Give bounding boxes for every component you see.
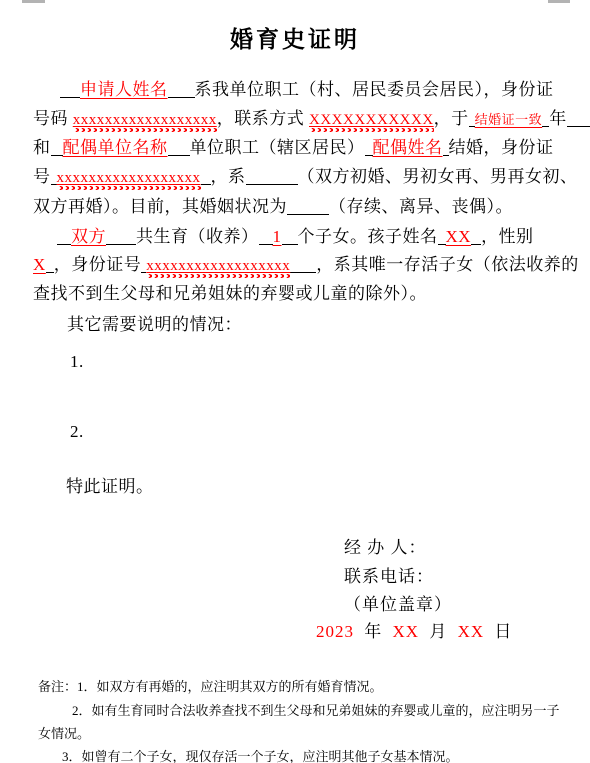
note-line: 女情况。 [38,724,90,744]
blank-underline-field [259,226,273,245]
placeholder-id-digits: XXXXXXXXXXX [309,112,434,128]
text-run: 年 [354,622,393,641]
body-line: 双方再婚）。目前，其婚姻状况为（存续、离异、丧偶）。 [33,196,513,217]
body-line: 申请人姓名系我单位职工（村、居民委员会居民），身份证 [33,78,554,100]
blank-underline-field [51,137,63,156]
blank-underline-field [168,79,195,98]
note-line: 3．如曾有二个子女，现仅存活一个子女，应注明其他子女基本情况。 [62,747,459,763]
text-run: 结婚，身份证 [449,138,554,157]
blank-underline-field [365,137,373,156]
body-line: 号码 xxxxxxxxxxxxxxxxxx，联系方式 XXXXXXXXXXX，于… [33,108,590,130]
placeholder-text: 配偶单位名称 [63,138,168,157]
blank-underline-field [106,226,136,245]
placeholder-id-digits: xxxxxxxxxxxxxxxxxx [57,170,201,186]
blank-underline-field [51,166,57,185]
page-corner-mark [22,0,45,3]
placeholder-text: 配偶姓名 [373,138,443,157]
certificate-page: 婚育史证明 申请人姓名系我单位职工（村、居民委员会居民），身份证号码 xxxxx… [0,0,590,763]
text-run: 单位职工（辖区居民） [190,138,365,157]
placeholder-text: 双方 [71,227,106,246]
blank-underline-field [438,226,446,245]
placeholder-text: 2023 [316,622,354,641]
placeholder-text: XX [446,227,472,246]
note-line: 备注：1．如双方有再婚的，应注明其双方的所有婚育情况。 [38,677,383,697]
text-run: 号 [33,167,51,186]
placeholder-text: XX [393,622,420,641]
placeholder-text: XX [458,622,485,641]
signature-line: （单位盖章） [344,595,452,615]
signature-line: 联系电话： [344,567,434,587]
text-run: ，联系方式 [217,109,309,128]
blank-underline-field [168,137,190,156]
indent-space [33,313,67,330]
blank-underline-field [287,196,329,215]
note-line: 2．如有生育同时合法收养查找不到生父母和兄弟姐妹的弃婴或儿童的，应注明另一子 [72,701,560,721]
blank-underline-field [201,166,211,185]
blank-underline-field [471,226,481,245]
text-run: （双方初婚、男初女再、男再女初、 [298,167,578,186]
blank-underline-field [282,226,298,245]
body-line: 和配偶单位名称单位职工（辖区居民）配偶姓名结婚，身份证 [33,137,554,158]
blank-underline-field [57,226,71,245]
closing-statement: 特此证明。 [66,477,154,497]
body-line: 号xxxxxxxxxxxxxxxxxx，系（双方初婚、男初女再、男再女初、 [33,166,578,188]
text-run: 系我单位职工（村、居民委员会居民），身份证 [195,80,554,99]
other-situation-item: 1. [70,352,84,372]
text-run: 其它需要说明的情况： [67,315,242,334]
placeholder-text: X [33,255,46,274]
text-run: 年 [549,109,567,128]
text-run: 双方再婚）。目前，其婚姻状况为 [33,197,287,216]
blank-underline-field [60,79,80,98]
signature-line: 经 办 人： [344,538,427,558]
body-line: 查找不到生父母和兄弟姐妹的弃婴或儿童的除外）。 [33,284,427,304]
text-run: （存续、离异、丧偶）。 [329,197,513,216]
text-run: 共生育（收养） [136,227,259,246]
placeholder-id-digits: xxxxxxxxxxxxxxxxxx [146,258,290,274]
placeholder-text: 申请人姓名 [80,80,168,99]
indent-space [33,78,60,95]
text-run: ，于 [434,109,469,128]
blank-underline-field [290,254,316,273]
placeholder-id-digits: xxxxxxxxxxxxxxxxxx [73,112,217,128]
blank-underline-field [46,254,54,273]
text-run: 号码 [33,109,73,128]
text-run: ，身份证号 [54,255,142,274]
placeholder-text: 1 [273,227,282,246]
text-run: 月 [419,622,458,641]
text-run: 查找不到生父母和兄弟姐妹的弃婴或儿童的除外）。 [33,284,427,303]
body-line: 双方共生育（收养）1个子女。孩子姓名XX，性别 [33,225,534,247]
text-run: 日 [484,622,512,641]
blank-underline-field [246,166,298,185]
body-line: 其它需要说明的情况： [33,313,242,335]
page-corner-mark [548,0,570,3]
indent-space [33,225,57,242]
placeholder-text: 结婚证一致 [475,112,543,127]
text-run: 和 [33,138,51,157]
text-run: ，系 [211,167,246,186]
text-run: ，性别 [481,227,534,246]
text-run: 个子女。孩子姓名 [298,227,438,246]
date-line: 2023 年 XX 月 XX 日 [316,622,512,642]
body-line: X，身份证号xxxxxxxxxxxxxxxxxx，系其唯一存活子女（依法收养的 [33,254,579,276]
document-title: 婚育史证明 [0,21,590,54]
text-run: ，系其唯一存活子女（依法收养的 [316,255,579,274]
other-situation-item: 2. [70,422,84,442]
blank-underline-field [567,108,590,127]
